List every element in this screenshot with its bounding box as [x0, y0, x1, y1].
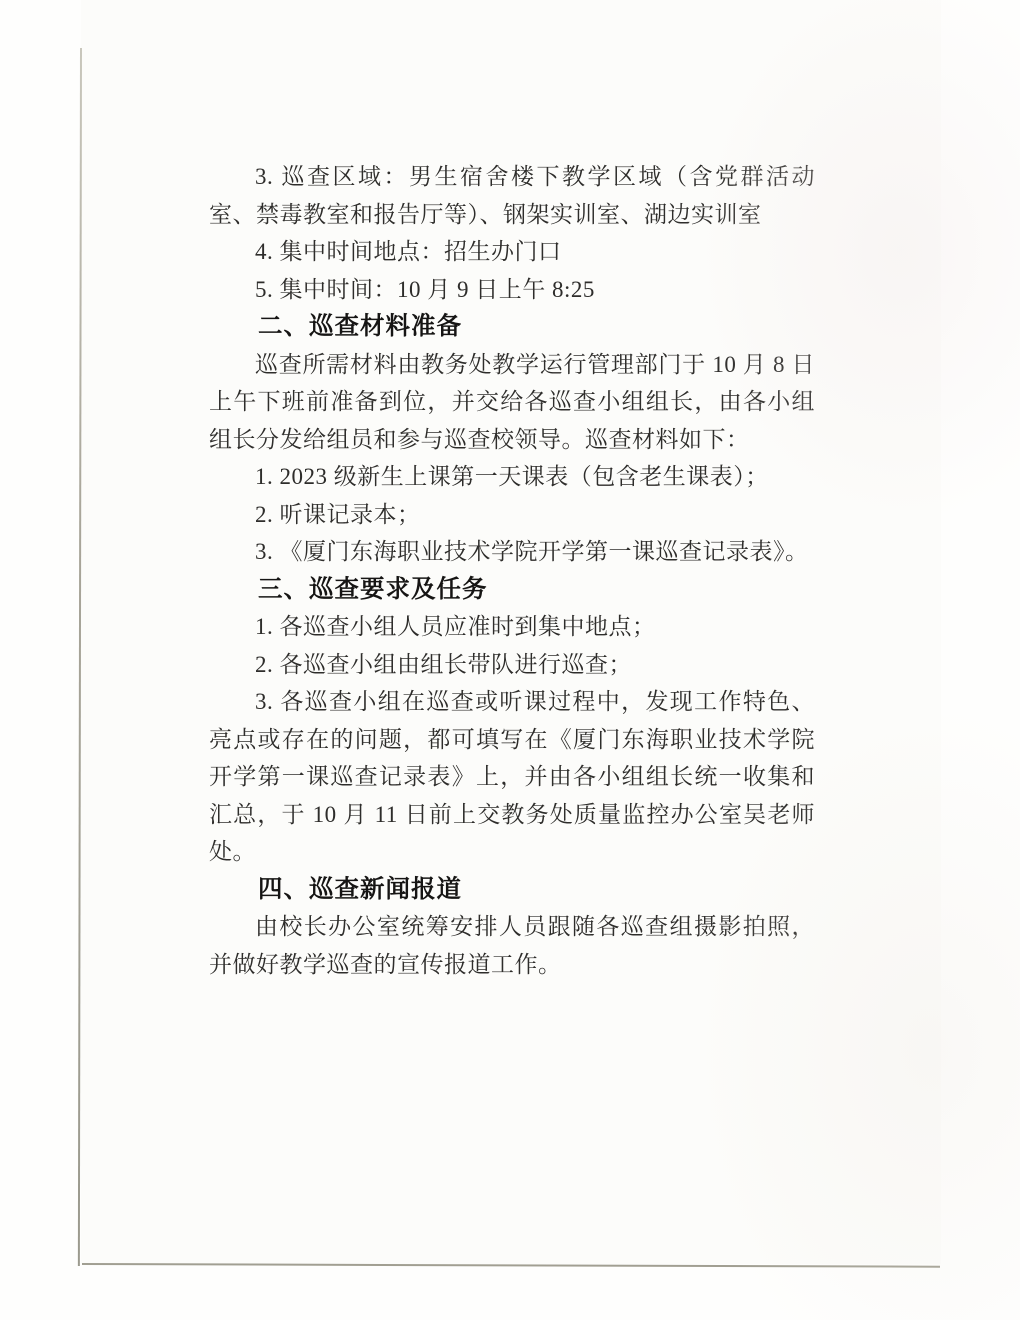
text-list-item: 2. 听课记录本；: [209, 496, 815, 534]
section-heading: 二、巡查材料准备: [209, 308, 815, 346]
text-list-item: 5. 集中时间：10 月 9 日上午 8:25: [209, 271, 815, 309]
document-body: 3. 巡查区域：男生宿舍楼下教学区域（含党群活动室、禁毒教室和报告厅等）、钢架实…: [209, 158, 815, 983]
text-paragraph: 巡查所需材料由教务处教学运行管理部门于 10 月 8 日上午下班前准备到位，并交…: [209, 346, 815, 459]
scanned-page-canvas: 3. 巡查区域：男生宿舍楼下教学区域（含党群活动室、禁毒教室和报告厅等）、钢架实…: [0, 0, 1020, 1320]
section-heading: 三、巡查要求及任务: [209, 571, 815, 609]
text-list-item: 4. 集中时间地点：招生办门口: [209, 233, 815, 271]
text-paragraph: 由校长办公室统筹安排人员跟随各巡查组摄影拍照，并做好教学巡查的宣传报道工作。: [209, 908, 815, 983]
text-paragraph: 3. 各巡查小组在巡查或听课过程中，发现工作特色、亮点或存在的问题，都可填写在《…: [209, 683, 815, 871]
text-list-item: 3. 《厦门东海职业技术学院开学第一课巡查记录表》。: [209, 533, 815, 571]
section-heading: 四、巡查新闻报道: [209, 871, 815, 909]
text-list-item: 2. 各巡查小组由组长带队进行巡查；: [209, 646, 815, 684]
text-list-item: 1. 各巡查小组人员应准时到集中地点；: [209, 608, 815, 646]
text-list-item: 1. 2023 级新生上课第一天课表（包含老生课表）；: [209, 458, 815, 496]
text-list-item: 3. 巡查区域：男生宿舍楼下教学区域（含党群活动室、禁毒教室和报告厅等）、钢架实…: [209, 158, 815, 233]
